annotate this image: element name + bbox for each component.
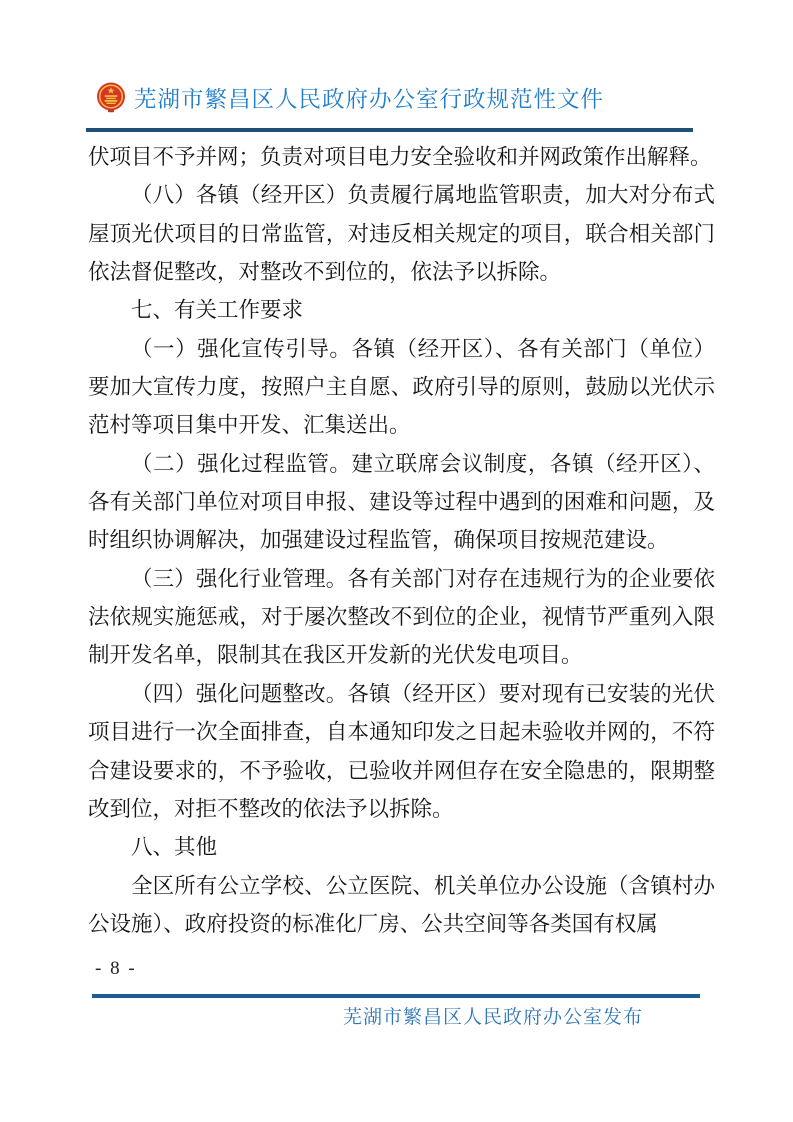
paragraph-sub-4: （四）强化问题整改。各镇（经开区）要对现有已安装的光伏项目进行一次全面排查，自本… [88,675,715,828]
header-rule [86,128,693,132]
paragraph-continuation: 伏项目不予并网；负责对项目电力安全验收和并网政策作出解释。 [88,138,715,176]
section-heading-7: 七、有关工作要求 [88,291,715,329]
document-body: 伏项目不予并网；负责对项目电力安全验收和并网政策作出解释。 （八）各镇（经开区）… [88,138,715,943]
document-page: 芜湖市繁昌区人民政府办公室行政规范性文件 伏项目不予并网；负责对项目电力安全验收… [0,0,793,1122]
paragraph-sub-3: （三）强化行业管理。各有关部门对存在违规行为的企业要依法依规实施惩戒，对于屡次整… [88,560,715,675]
section-heading-8: 八、其他 [88,828,715,866]
paragraph-sub-1: （一）强化宣传引导。各镇（经开区）、各有关部门（单位）要加大宣传力度，按照户主自… [88,330,715,445]
paragraph-item-8: （八）各镇（经开区）负责履行属地监管职责，加大对分布式屋顶光伏项目的日常监管，对… [88,176,715,291]
footer-publisher: 芜湖市繁昌区人民政府办公室发布 [343,1002,643,1029]
page-number: - 8 - [95,958,137,980]
header-title: 芜湖市繁昌区人民政府办公室行政规范性文件 [134,82,604,114]
paragraph-sub-2: （二）强化过程监管。建立联席会议制度，各镇（经开区）、各有关部门单位对项目申报、… [88,445,715,560]
document-header: 芜湖市繁昌区人民政府办公室行政规范性文件 [96,82,604,114]
footer-rule [92,994,700,998]
national-emblem-icon [96,82,126,114]
paragraph-other: 全区所有公立学校、公立医院、机关单位办公设施（含镇村办公设施）、政府投资的标准化… [88,867,715,944]
